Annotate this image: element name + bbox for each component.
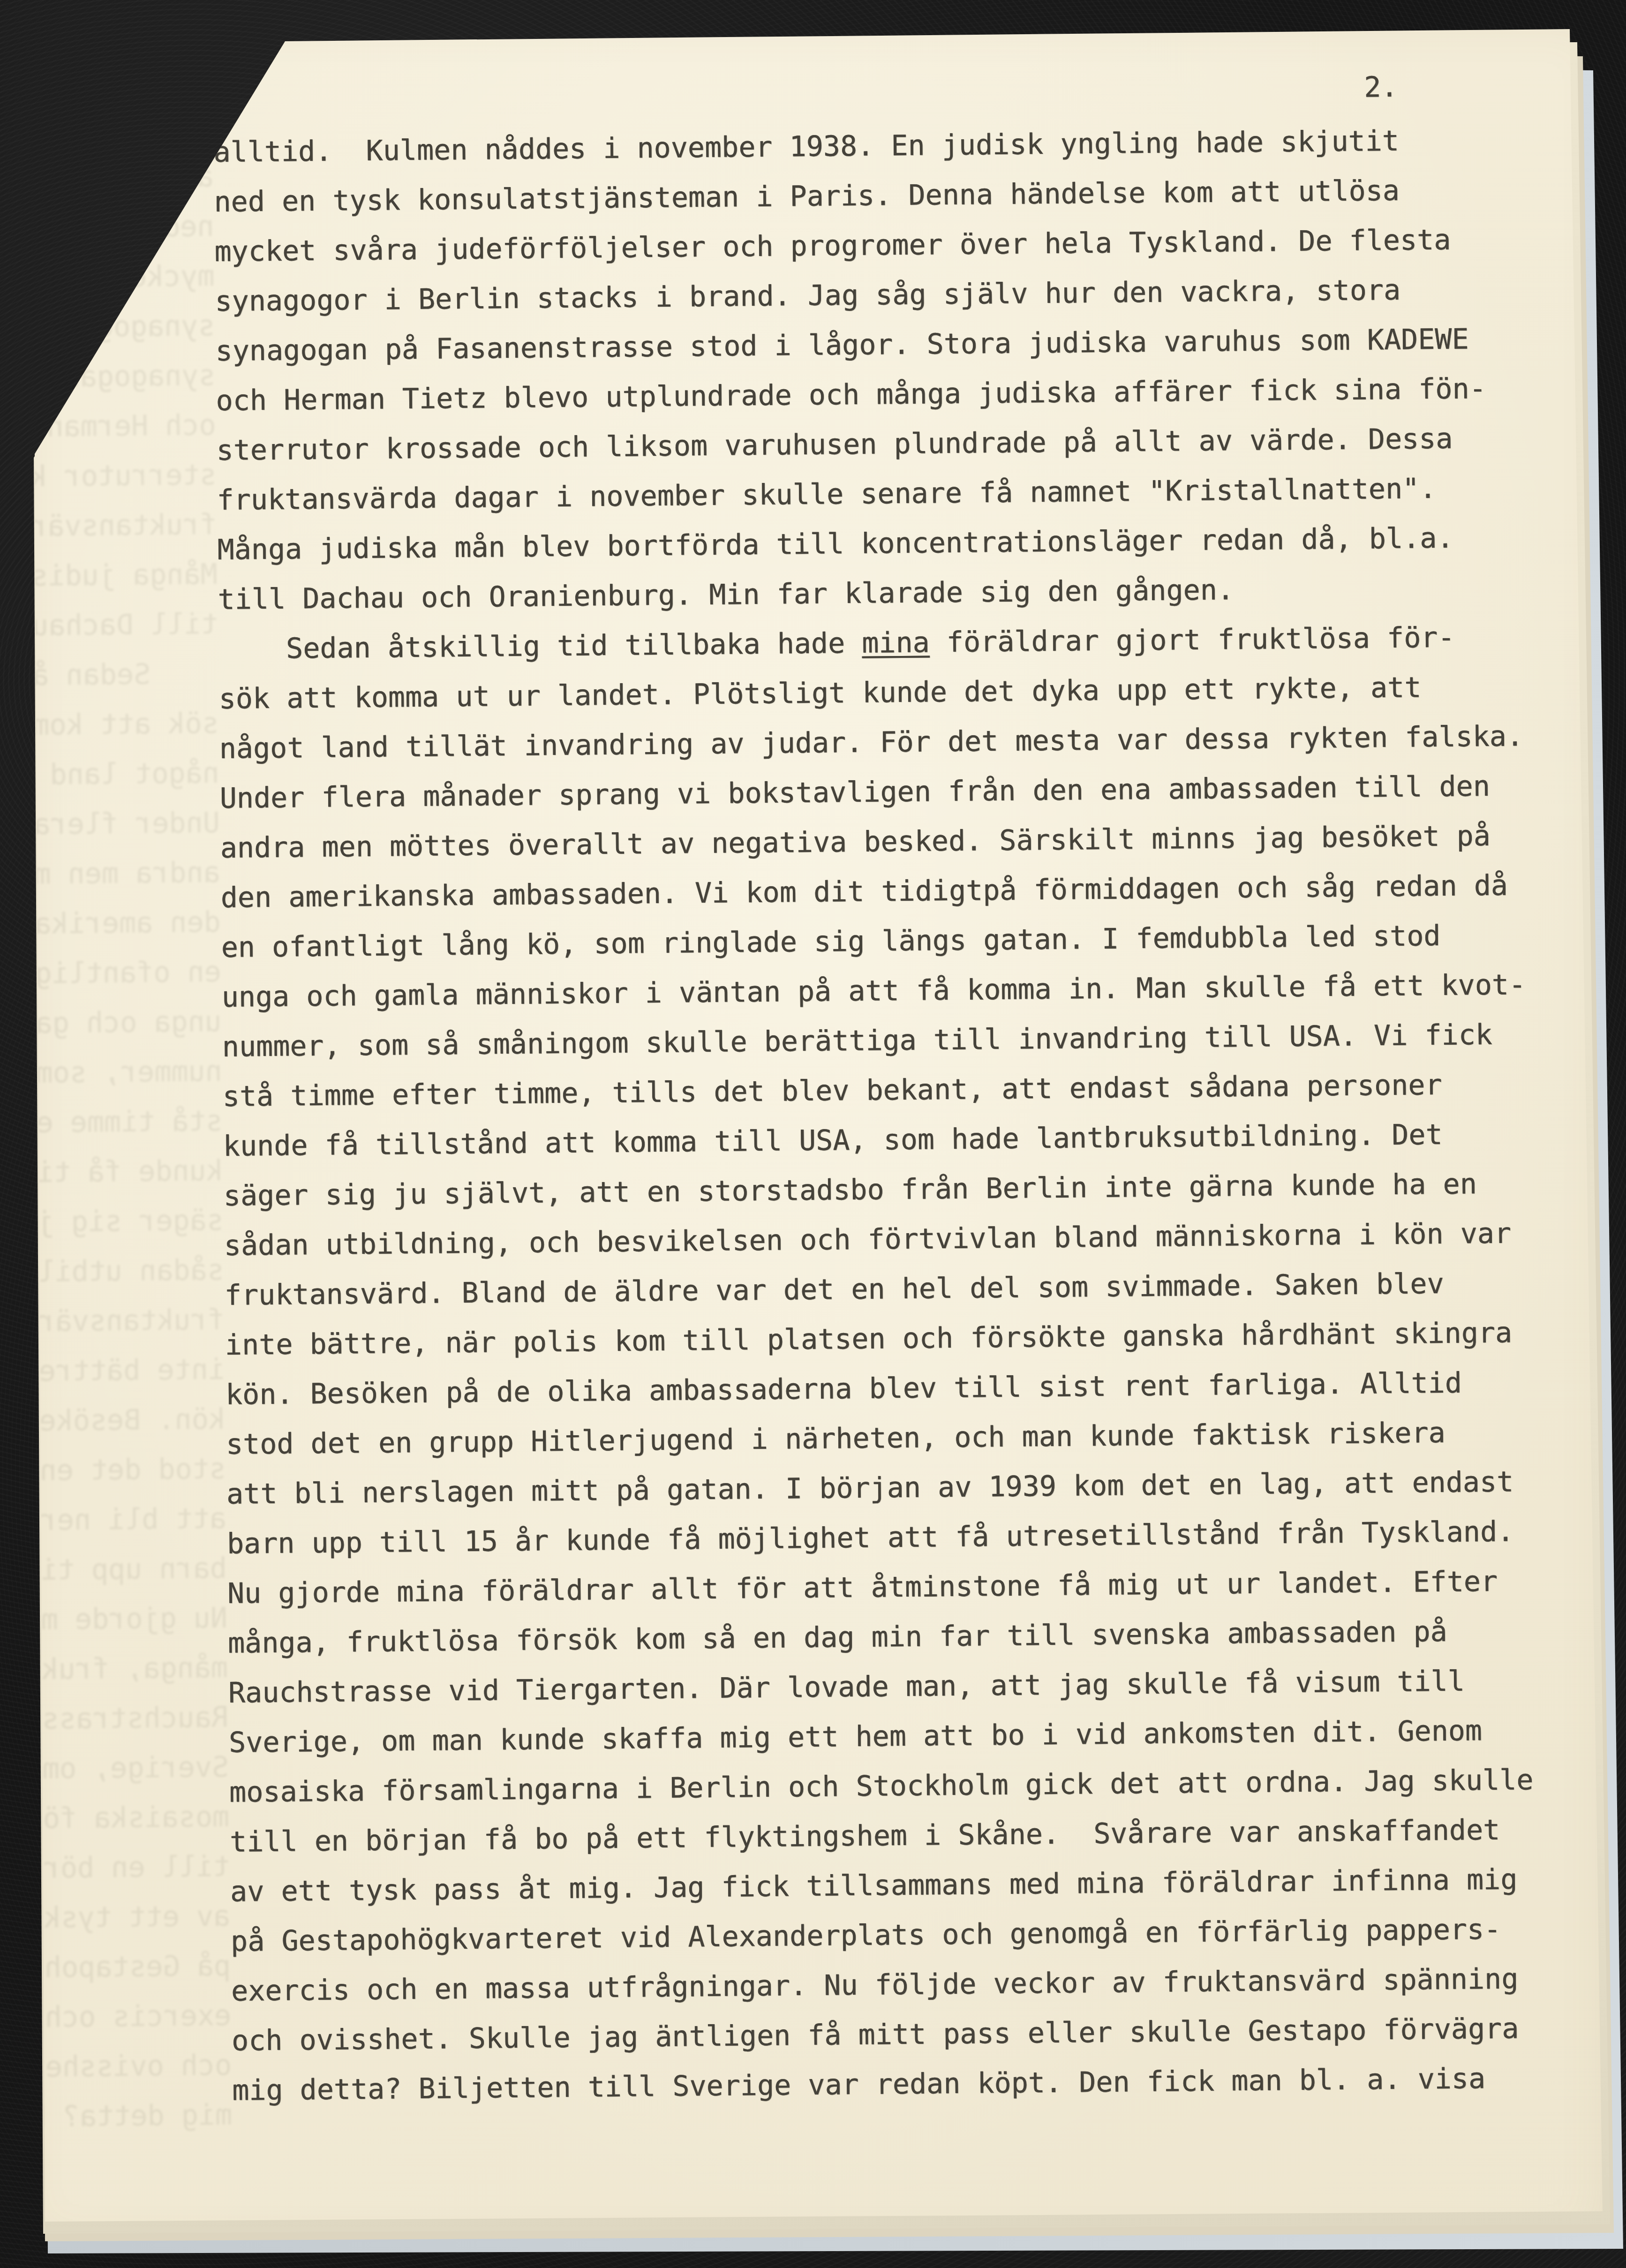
text-line: mycket svåra judeförföljelser och progro… bbox=[0, 251, 215, 314]
text-line: ned en tysk konsulatstjänsteman i Paris.… bbox=[0, 202, 214, 264]
underlined-word: mina bbox=[862, 626, 930, 659]
text-line: Sedan åtskillig tid tillbaka hade mina f… bbox=[0, 649, 218, 711]
text-line: unga och gamla människor i väntan på att… bbox=[0, 997, 222, 1059]
text-line: Många judiska mån blev bortförda till ko… bbox=[0, 550, 218, 612]
text-line: exercis och en massa utfrågningar. Nu fö… bbox=[0, 1991, 232, 2053]
text-line: Under flera månader sprang vi bokstavlig… bbox=[0, 798, 220, 860]
text-line: sök att komma ut ur landet. Plötsligt ku… bbox=[0, 699, 219, 761]
text-line: sterrutor krossade och liksom varuhusen … bbox=[0, 450, 217, 512]
text-line: andra men möttes överallt av negativa be… bbox=[0, 848, 220, 910]
text-line: Nu gjorde mina föräldrar allt för att åt… bbox=[0, 1593, 228, 1656]
text-line: synagogan på Fasanenstrasse stod i lågor… bbox=[0, 351, 216, 413]
text-line: och ovisshet. Skulle jag äntligen få mit… bbox=[0, 2041, 232, 2103]
text-line: nummer, som så småningom skulle berättig… bbox=[0, 1047, 222, 1109]
text-line: att bli nerslagen mitt på gatan. I börja… bbox=[0, 1494, 226, 1556]
text-line: barn upp till 15 år kunde få möjlighet a… bbox=[0, 1544, 227, 1606]
page-number: 2. bbox=[1364, 73, 1398, 102]
document-page: alltid. Kulmen nåddes i november 1938. E… bbox=[0, 0, 1626, 2268]
text-line: alltid. Kulmen nåddes i november 1938. E… bbox=[0, 152, 214, 214]
text-line: fruktansvärd. Bland de äldre var det en … bbox=[0, 1295, 225, 1357]
text-line: en ofantligt lång kö, som ringlade sig l… bbox=[0, 947, 221, 1010]
text-line: och Herman Tietz blevo utplundrade och m… bbox=[0, 400, 216, 463]
text-line: mig detta? Biljetten till Sverige var re… bbox=[0, 2090, 233, 2153]
text-line: många, fruktlösa försök kom så en dag mi… bbox=[0, 1643, 228, 1705]
text-line: Sverige, om man kunde skaffa mig ett hem… bbox=[0, 1742, 229, 1805]
text-line: kön. Besöken på de olika ambassaderna bl… bbox=[0, 1394, 226, 1457]
bleed-through-text: alltid. Kulmen nåddes i november 1938. E… bbox=[0, 152, 233, 2153]
text-line: säger sig ju självt, att en storstadsbo … bbox=[0, 1196, 224, 1258]
text-line: inte bättre, när polis kom till platsen … bbox=[0, 1345, 225, 1407]
text-line: stod det en grupp Hitlerjugend i närhete… bbox=[0, 1444, 226, 1507]
text-line: sådan utbildning, och besvikelsen och fö… bbox=[0, 1245, 224, 1308]
text-line: till en början få bo på ett flyktingshem… bbox=[0, 1842, 230, 1904]
text-line: mosaiska församlingarna i Berlin och Sto… bbox=[0, 1792, 230, 1854]
text-line: Rauchstrasse vid Tiergarten. Där lovade … bbox=[0, 1693, 229, 1755]
text-line: av ett tysk pass åt mig. Jag fick tillsa… bbox=[0, 1891, 231, 1954]
typewritten-text: 2. alltid. Kulmen nåddes i november 1938… bbox=[213, 115, 1555, 2116]
text-line: stå timme efter timme, tills det blev be… bbox=[0, 1096, 223, 1159]
photo-background: alltid. Kulmen nåddes i november 1938. E… bbox=[0, 0, 1626, 2268]
text-line: något land tillät invandring av judar. F… bbox=[0, 748, 219, 811]
text-line: synagogor i Berlin stacks i brand. Jag s… bbox=[0, 301, 215, 363]
text-line: fruktansvärda dagar i november skulle se… bbox=[0, 500, 217, 562]
text-line: den amerikanska ambassaden. Vi kom dit t… bbox=[0, 897, 221, 960]
text-line: på Gestapohögkvarteret vid Alexanderplat… bbox=[0, 1941, 231, 2004]
text-line: till Dachau och Oranienburg. Min far kla… bbox=[0, 599, 218, 662]
text-line: kunde få tillstånd att komma till USA, s… bbox=[0, 1146, 223, 1208]
